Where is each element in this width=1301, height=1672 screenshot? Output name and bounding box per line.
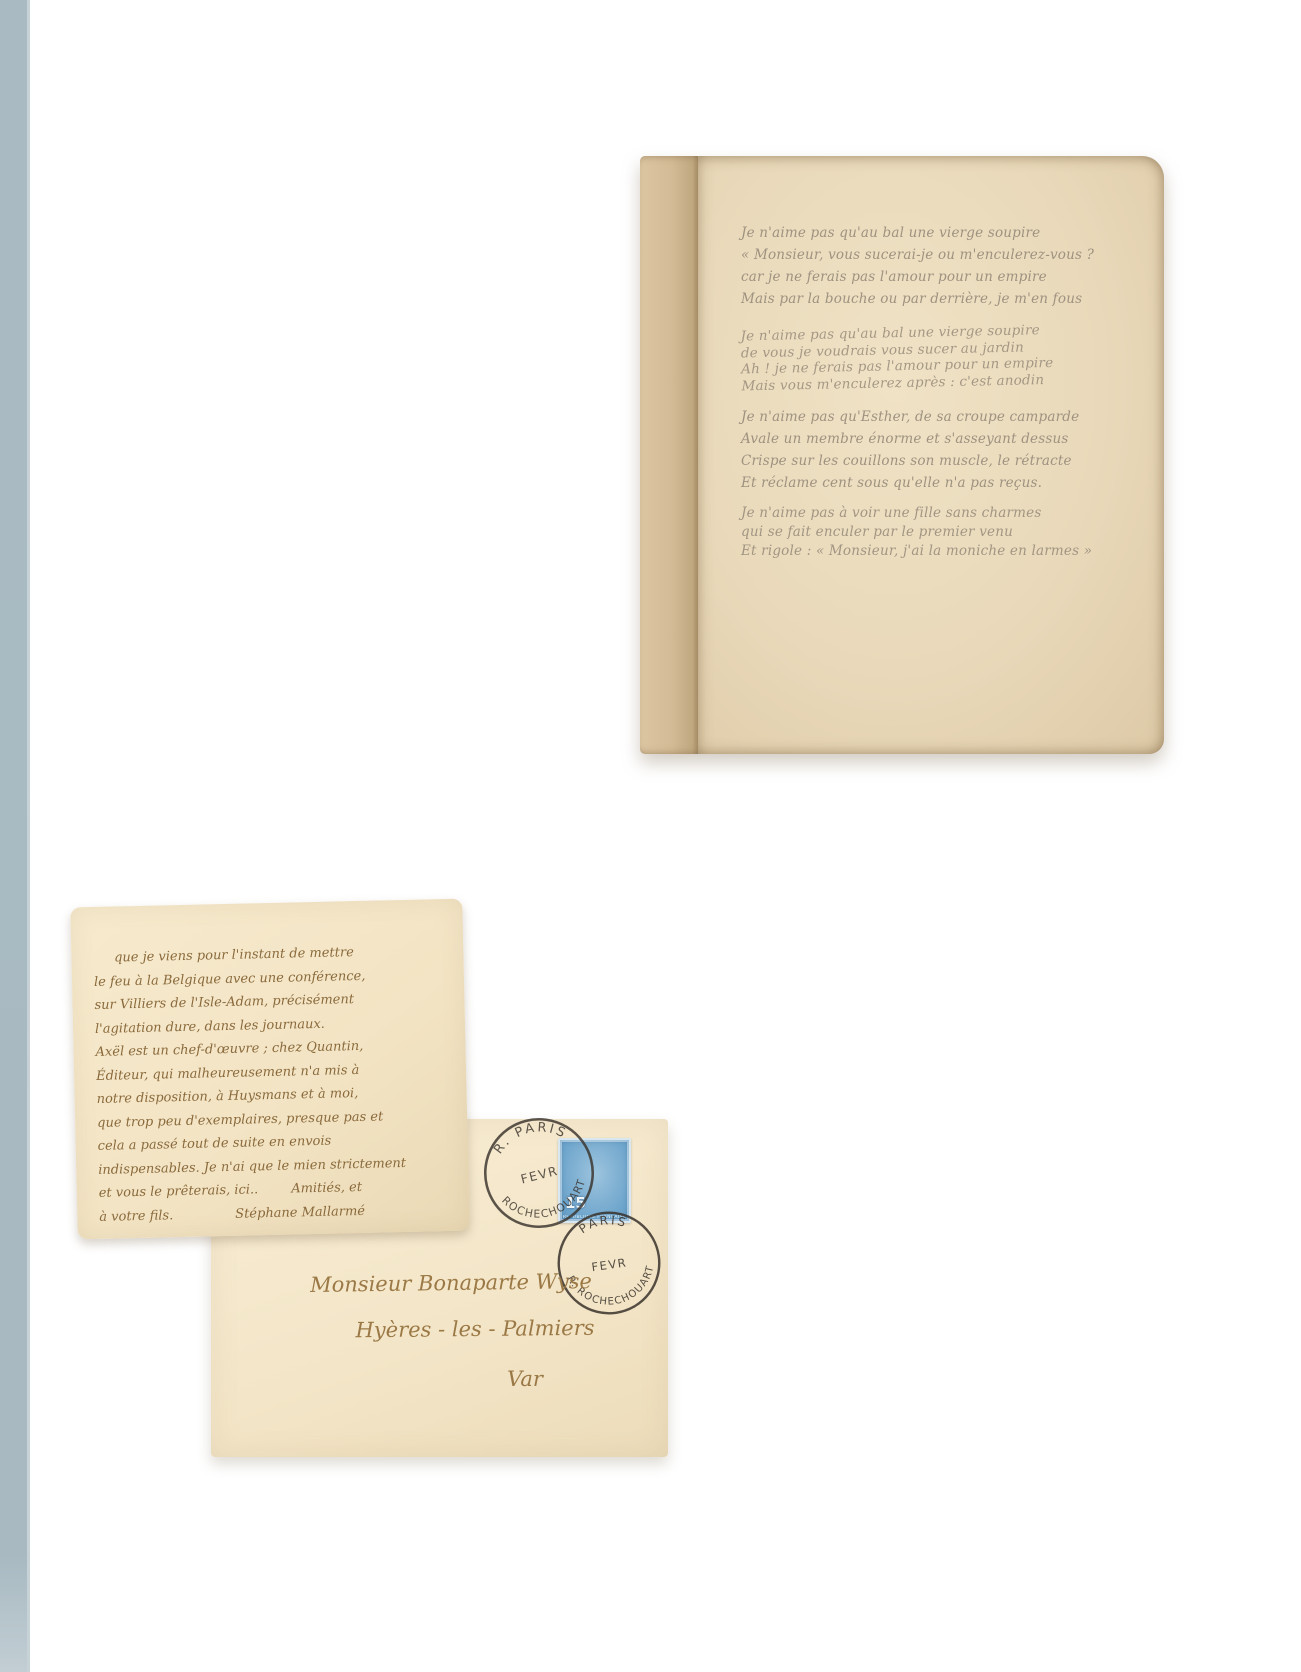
postmark-2: PARIS R. ROCHECHOUART FEVR	[543, 1197, 674, 1328]
manuscript-stanza-1: Je n'aime pas qu'au bal une vierge soupi…	[741, 222, 1165, 310]
envelope-address-city: Hyères - les - Palmiers	[336, 1316, 614, 1343]
accent-bar	[0, 0, 30, 1672]
catalog-page: { "page": { "background": "#ffffff", "ac…	[0, 0, 1301, 1672]
notebook-page: Je n'aime pas qu'au bal une vierge soupi…	[698, 156, 1164, 754]
postmark-date-text: FEVR	[519, 1163, 560, 1187]
letter-text: que je viens pour l'instant de mettre le…	[93, 939, 457, 1229]
manuscript-text: Je n'aime pas qu'au bal une vierge soupi…	[741, 222, 1165, 561]
manuscript-stanza-3: Je n'aime pas qu'Esther, de sa croupe ca…	[741, 406, 1165, 494]
envelope-address-department: Var	[483, 1367, 567, 1391]
notebook-cover-edge	[640, 156, 698, 754]
manuscript-stanza-2: Je n'aime pas qu'au bal une vierge soupi…	[740, 320, 1165, 395]
letter-card: que je viens pour l'instant de mettre le…	[70, 899, 469, 1240]
notebook-photo: Je n'aime pas qu'au bal une vierge soupi…	[640, 156, 1164, 754]
manuscript-stanza-4: Je n'aime pas à voir une fille sans char…	[741, 504, 1165, 561]
envelope-address-name: Monsieur Bonaparte Wyse	[299, 1269, 603, 1297]
